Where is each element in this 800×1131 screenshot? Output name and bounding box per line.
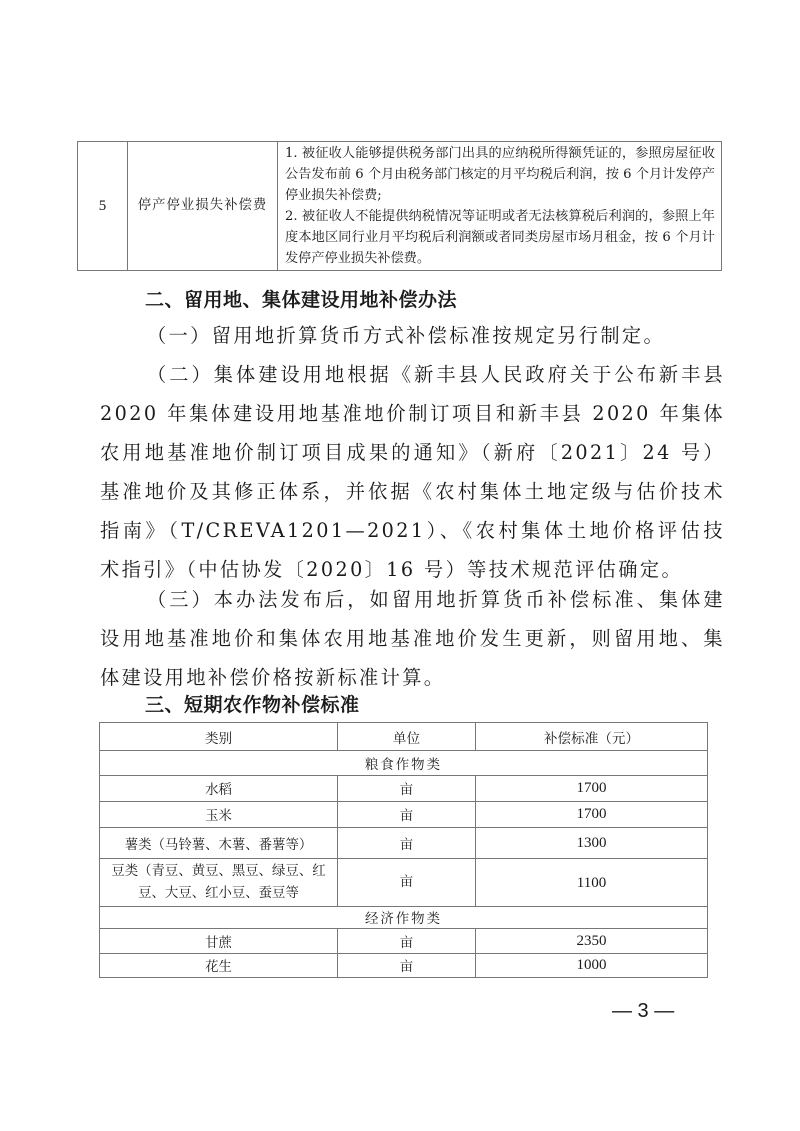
group-title-economic: 经济作物类 [100, 907, 708, 929]
cell-category: 豆类（青豆、黄豆、黑豆、绿豆、红豆、大豆、红小豆、蚕豆等 [100, 859, 338, 907]
crop-compensation-table: 类别 单位 补偿标准（元） 粮食作物类 水稻 亩 1700 玉米 亩 1700 … [99, 722, 708, 978]
section-2-paragraph-1: （一）留用地折算货币方式补偿标准按规定另行制定。 [100, 316, 725, 355]
section-2-paragraph-2: （二）集体建设用地根据《新丰县人民政府关于公布新丰县 2020 年集体建设用地基… [100, 355, 725, 589]
cell-category: 玉米 [100, 802, 338, 828]
section-2-paragraph-3: （三）本办法发布后，如留用地折算货币补偿标准、集体建设用地基准地价和集体农用地基… [100, 580, 725, 697]
table-row: 花生 亩 1000 [100, 954, 708, 978]
table-row: 5 停产停业损失补偿费 1. 被征收人能够提供税务部门出具的应纳税所得额凭证的，… [78, 142, 722, 271]
row-description: 1. 被征收人能够提供税务部门出具的应纳税所得额凭证的，参照房屋征收公告发布前 … [278, 142, 722, 271]
cell-category: 甘蔗 [100, 929, 338, 954]
cell-value: 1100 [476, 859, 708, 907]
table-row: 甘蔗 亩 2350 [100, 929, 708, 954]
header-unit: 单位 [338, 723, 476, 751]
description-item-2: 2. 被征收人不能提供纳税情况等证明或者无法核算税后利润的，参照上年度本地区同行… [285, 206, 715, 269]
cell-value: 1700 [476, 776, 708, 802]
cell-value: 1000 [476, 954, 708, 978]
table-row: 水稻 亩 1700 [100, 776, 708, 802]
group-row: 粮食作物类 [100, 751, 708, 776]
compensation-table-continued: 5 停产停业损失补偿费 1. 被征收人能够提供税务部门出具的应纳税所得额凭证的，… [77, 141, 722, 271]
cell-category: 薯类（马铃薯、木薯、番薯等） [100, 828, 338, 859]
cell-unit: 亩 [338, 929, 476, 954]
cell-unit: 亩 [338, 859, 476, 907]
section-2-heading: 二、留用地、集体建设用地补偿办法 [145, 285, 457, 312]
header-category: 类别 [100, 723, 338, 751]
description-item-1: 1. 被征收人能够提供税务部门出具的应纳税所得额凭证的，参照房屋征收公告发布前 … [285, 143, 715, 206]
cell-value: 1700 [476, 802, 708, 828]
header-standard: 补偿标准（元） [476, 723, 708, 751]
table-header-row: 类别 单位 补偿标准（元） [100, 723, 708, 751]
page-number: — 3 — [612, 1000, 674, 1023]
cell-category: 花生 [100, 954, 338, 978]
cell-unit: 亩 [338, 954, 476, 978]
cell-unit: 亩 [338, 828, 476, 859]
row-number: 5 [78, 142, 128, 271]
table-row: 薯类（马铃薯、木薯、番薯等） 亩 1300 [100, 828, 708, 859]
section-3-heading: 三、短期农作物补偿标准 [145, 690, 360, 717]
table-row: 玉米 亩 1700 [100, 802, 708, 828]
cell-unit: 亩 [338, 802, 476, 828]
row-item-name: 停产停业损失补偿费 [128, 142, 278, 271]
table-row: 豆类（青豆、黄豆、黑豆、绿豆、红豆、大豆、红小豆、蚕豆等 亩 1100 [100, 859, 708, 907]
cell-value: 1300 [476, 828, 708, 859]
cell-category: 水稻 [100, 776, 338, 802]
cell-value: 2350 [476, 929, 708, 954]
cell-unit: 亩 [338, 776, 476, 802]
group-row: 经济作物类 [100, 907, 708, 929]
group-title-grain: 粮食作物类 [100, 751, 708, 776]
